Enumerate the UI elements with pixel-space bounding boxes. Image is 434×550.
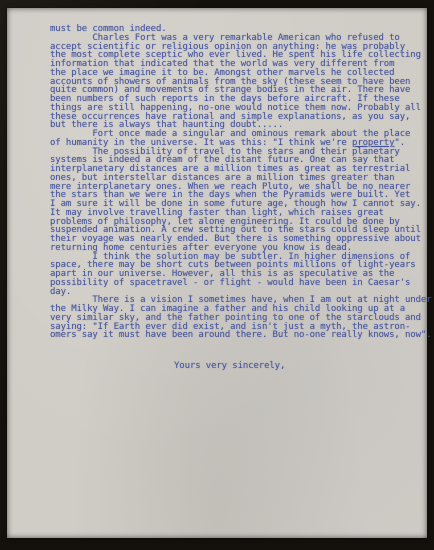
photo-background: must be common indeed. Charles Fort was … xyxy=(0,0,434,550)
closing-line: Yours very sincerely, xyxy=(174,361,285,371)
letter-page: must be common indeed. Charles Fort was … xyxy=(7,8,427,538)
letter-body: must be common indeed. Charles Fort was … xyxy=(50,25,432,340)
letter-line: possibility of spacetravel - or flight -… xyxy=(50,279,432,288)
letter-line: omers say it must have been around there… xyxy=(50,331,432,340)
